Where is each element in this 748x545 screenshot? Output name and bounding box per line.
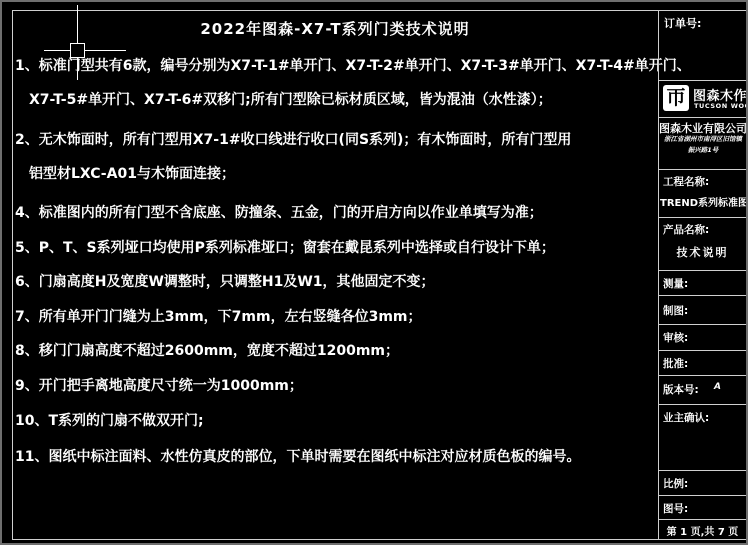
version-label: 版本号: [663,382,699,397]
logo-name-en: TUCSON WOOD [694,102,748,110]
crosshair-pickbox [70,43,85,58]
note-line-2b: 铝型材LXC-A01与木饰面连接； [29,166,669,183]
cad-drawing-sheet[interactable]: 2022年图森-X7-T系列门类技术说明 1、标准门型共有6款，编号分别为X7-… [0,0,748,545]
tb-line-13 [658,519,747,520]
tucson-banner-glyph: 帀 [666,89,685,108]
note-line-4: 4、标准图内的所有门型不含底座、防撞条、五金，门的开启方向以作业单填写为准； [15,205,655,222]
draft-label: 制图: [663,303,688,318]
version-value: A [714,382,721,392]
review-label: 审核: [663,330,688,345]
drawing-no-label: 图号: [663,501,688,516]
tb-line-6 [658,295,747,296]
product-name-value: 技术说明 [658,244,747,260]
note-line-10: 10、T系列的门扇不做双开门; [15,413,655,430]
tb-line-8 [658,350,747,351]
frame-right-line [746,10,747,540]
tb-line-9 [658,375,747,376]
tb-line-5 [658,270,747,271]
tb-line-3 [658,169,747,170]
tb-line-1 [658,80,747,81]
tb-line-12 [658,495,747,496]
order-number-label: 订单号: [664,15,701,31]
project-name-value: TREND系列标准图 [660,194,748,209]
tb-line-4 [658,217,747,218]
note-line-8: 8、移门门扇高度不超过2600mm，宽度不超过1200mm； [15,343,655,360]
sheet-title: 2022年图森-X7-T系列门类技术说明 [12,18,658,39]
note-line-1b: X7-T-5#单开门、X7-T-6#双移门;所有门型除已标材质区域，皆为混油（水… [29,92,669,109]
note-line-2: 2、无木饰面时，所有门型用X7-1#收口线进行收口(同S系列)；有木饰面时，所有… [15,132,655,149]
note-line-5: 5、P、T、S系列垭口均使用P系列标准垭口；窗套在戴昆系列中选择或自行设计下单； [15,240,655,257]
scale-label: 比例: [663,476,688,491]
crosshair-horizontal-line [44,50,126,51]
tb-line-7 [658,324,747,325]
note-line-9: 9、开门把手离地高度尺寸统一为1000mm； [15,378,655,395]
note-line-1: 1、标准门型共有6款，编号分别为X7-T-1#单开门、X7-T-2#单开门、X7… [15,58,655,75]
company-address-line2: 振兴路1号 [659,145,747,154]
note-line-11: 11、图纸中标注面料、水性仿真皮的部位，下单时需要在图纸中标注对应材质色板的编号… [15,449,655,466]
frame-top-line [12,10,747,11]
frame-bottom-line [12,539,747,540]
tb-line-11 [658,470,747,471]
project-name-label: 工程名称: [663,174,709,189]
product-name-label: 产品名称: [663,222,709,237]
owner-confirm-label: 业主确认: [663,410,709,425]
company-address-line1: 浙江省湖州市南浔区旧馆镇 [659,134,747,143]
note-line-7: 7、所有单开门门缝为上3mm，下7mm，左右竖缝各位3mm； [15,309,655,326]
approve-label: 批准: [663,356,688,371]
survey-label: 测量: [663,276,688,291]
titleblock-divider-line [658,10,659,540]
tb-line-10 [658,404,747,405]
frame-left-line [12,10,13,540]
tucson-banner-icon: 帀 [663,85,689,111]
page-number-info: 第 1 页,共 7 页 [658,523,747,538]
note-line-6: 6、门扇高度H及宽度W调整时，只调整H1及W1，其他固定不变； [15,274,655,291]
tb-line-2 [658,117,747,118]
